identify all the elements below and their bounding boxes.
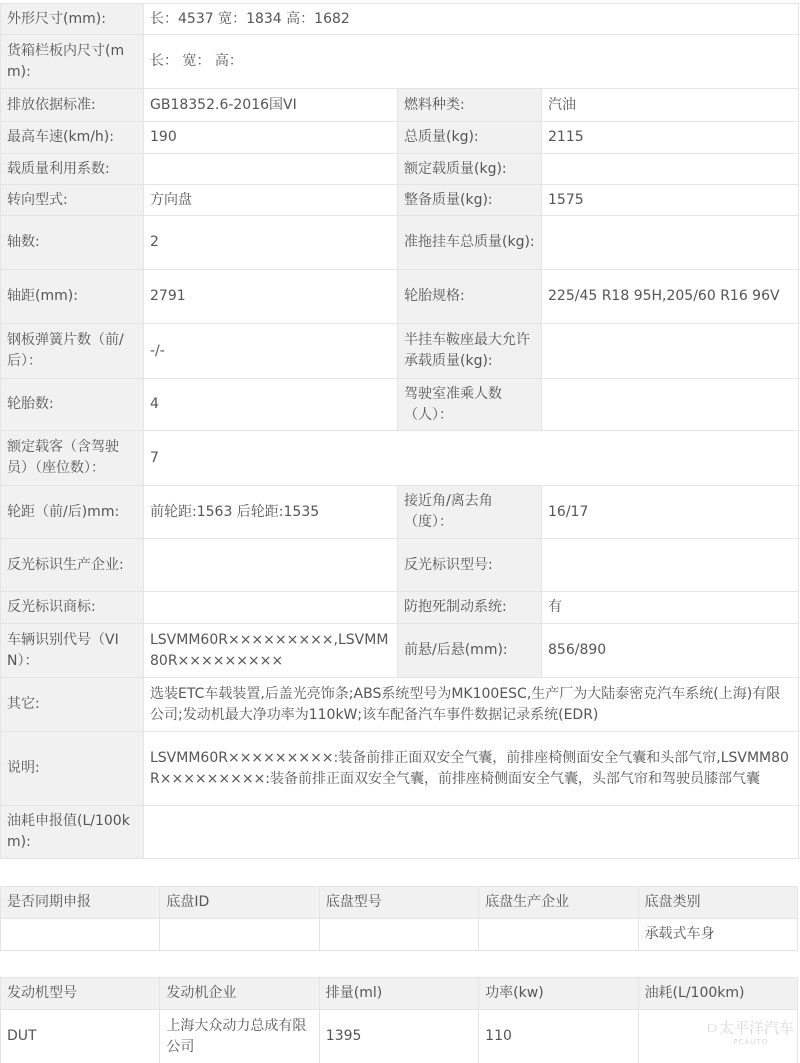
spec-label: 整备质量(kg): (398, 185, 542, 216)
engine-header-row: 发动机型号 发动机企业 排量(ml) 功率(kw) 油耗(L/100km) (1, 978, 798, 1010)
spec-value: 7 (144, 431, 799, 486)
table-row: DUT 上海大众动力总成有限公司 1395 110 (1, 1010, 798, 1063)
pcauto-logo-icon: ⫐ (708, 1021, 717, 1035)
spec-row: 载质量利用系数:额定载质量(kg): (1, 154, 799, 185)
engine-model-value: DUT (1, 1010, 160, 1063)
spec-value: 1575 (542, 185, 799, 216)
spec-label: 准拖挂车总质量(kg): (398, 216, 542, 270)
spec-row: 轮距（前/后)mm:前轮距:1563 后轮距:1535接近角/离去角（度）：16… (1, 486, 799, 539)
spec-label: 轴距(mm): (1, 270, 144, 324)
engine-displacement-value: 1395 (319, 1010, 478, 1063)
spec-row: 转向型式:方向盘整备质量(kg):1575 (1, 185, 799, 216)
spec-value (542, 216, 799, 270)
spec-label: 最高车速(km/h): (1, 122, 144, 154)
engine-power-value: 110 (479, 1010, 638, 1063)
spec-label: 半挂车鞍座最大允许承载质量(kg): (398, 324, 542, 379)
spec-row: 油耗申报值(L/100km): (1, 806, 799, 859)
spec-value (144, 592, 398, 624)
vehicle-spec-table: 外形尺寸(mm):长：4537 宽：1834 高：1682货箱栏板内尺寸(mm)… (0, 3, 799, 859)
spec-row: 其它:选装ETC车载装置,后盖光亮饰条;ABS系统型号为MK100ESC,生产厂… (1, 678, 799, 732)
spec-value (542, 539, 799, 592)
engine-header-manufacturer: 发动机企业 (160, 978, 319, 1010)
spec-row: 额定载客（含驾驶员）（座位数）：7 (1, 431, 799, 486)
table-row: 承载式车身 (1, 919, 798, 951)
spec-value: -/- (144, 324, 398, 379)
spec-value: LSVMM60R×××××××××,LSVMM80R××××××××× (144, 624, 398, 678)
spec-value: 汽油 (542, 89, 799, 122)
chassis-header-model: 底盘型号 (319, 887, 478, 919)
spec-label: 货箱栏板内尺寸(mm): (1, 35, 144, 89)
spec-value: 选装ETC车载装置,后盖光亮饰条;ABS系统型号为MK100ESC,生产厂为大陆… (144, 678, 799, 732)
spec-label: 燃料种类: (398, 89, 542, 122)
spec-label: 轮胎数: (1, 379, 144, 431)
spec-label: 总质量(kg): (398, 122, 542, 154)
chassis-header-sync-declare: 是否同期申报 (1, 887, 160, 919)
spec-value: 2791 (144, 270, 398, 324)
spec-row: 货箱栏板内尺寸(mm):长： 宽： 高： (1, 35, 799, 89)
spec-value (542, 154, 799, 185)
spec-value (144, 154, 398, 185)
chassis-id-value (160, 919, 319, 951)
spec-label: 额定载质量(kg): (398, 154, 542, 185)
spec-value: 856/890 (542, 624, 799, 678)
spec-label: 轴数: (1, 216, 144, 270)
spec-label: 其它: (1, 678, 144, 732)
spec-value: 有 (542, 592, 799, 624)
engine-header-fuel-consumption: 油耗(L/100km) (638, 978, 797, 1010)
spec-value: 前轮距:1563 后轮距:1535 (144, 486, 398, 539)
chassis-category-value: 承载式车身 (638, 919, 797, 951)
watermark-subtext: PCAUTO (708, 1035, 794, 1049)
spec-value: 2115 (542, 122, 799, 154)
spec-value: GB18352.6-2016国VI (144, 89, 398, 122)
spec-label: 前悬/后悬(mm): (398, 624, 542, 678)
spec-value (144, 806, 799, 859)
engine-table: 发动机型号 发动机企业 排量(ml) 功率(kw) 油耗(L/100km) DU… (0, 977, 798, 1063)
chassis-table: 是否同期申报 底盘ID 底盘型号 底盘生产企业 底盘类别 承载式车身 (0, 886, 798, 951)
spec-value (144, 539, 398, 592)
spec-value: 225/45 R18 95H,205/60 R16 96V (542, 270, 799, 324)
spec-value: 2 (144, 216, 398, 270)
spec-value: LSVMM60R×××××××××:装备前排正面双安全气囊，前排座椅侧面安全气囊… (144, 732, 799, 806)
spec-label: 车辆识别代号（VIN）： (1, 624, 144, 678)
spec-row: 轴数:2准拖挂车总质量(kg): (1, 216, 799, 270)
spec-label: 钢板弹簧片数（前/后）： (1, 324, 144, 379)
spec-value: 长：4537 宽：1834 高：1682 (144, 4, 799, 35)
spec-row: 说明:LSVMM60R×××××××××:装备前排正面双安全气囊，前排座椅侧面安… (1, 732, 799, 806)
spec-value: 长： 宽： 高： (144, 35, 799, 89)
spec-row: 轴距(mm):2791轮胎规格:225/45 R18 95H,205/60 R1… (1, 270, 799, 324)
engine-manufacturer-value: 上海大众动力总成有限公司 (160, 1010, 319, 1063)
spec-value: 190 (144, 122, 398, 154)
chassis-header-row: 是否同期申报 底盘ID 底盘型号 底盘生产企业 底盘类别 (1, 887, 798, 919)
spec-row: 外形尺寸(mm):长：4537 宽：1834 高：1682 (1, 4, 799, 35)
spec-label: 说明: (1, 732, 144, 806)
spec-row: 反光标识生产企业:反光标识型号: (1, 539, 799, 592)
spec-row: 反光标识商标:防抱死制动系统:有 (1, 592, 799, 624)
chassis-manufacturer-value (479, 919, 638, 951)
spec-label: 载质量利用系数: (1, 154, 144, 185)
spec-label: 反光标识商标: (1, 592, 144, 624)
spec-label: 反光标识生产企业: (1, 539, 144, 592)
spec-label: 防抱死制动系统: (398, 592, 542, 624)
spec-row: 钢板弹簧片数（前/后）：-/-半挂车鞍座最大允许承载质量(kg): (1, 324, 799, 379)
engine-header-power: 功率(kw) (479, 978, 638, 1010)
chassis-header-manufacturer: 底盘生产企业 (479, 887, 638, 919)
spec-label: 外形尺寸(mm): (1, 4, 144, 35)
spec-value: 16/17 (542, 486, 799, 539)
pcauto-watermark: ⫐太平洋汽车 PCAUTO (708, 1021, 794, 1049)
spec-row: 车辆识别代号（VIN）：LSVMM60R×××××××××,LSVMM80R××… (1, 624, 799, 678)
engine-header-model: 发动机型号 (1, 978, 160, 1010)
spec-row: 排放依据标准:GB18352.6-2016国VI燃料种类:汽油 (1, 89, 799, 122)
spec-row: 轮胎数:4驾驶室准乘人数（人）： (1, 379, 799, 431)
chassis-sync-declare-value (1, 919, 160, 951)
spec-row: 最高车速(km/h):190总质量(kg):2115 (1, 122, 799, 154)
chassis-header-category: 底盘类别 (638, 887, 797, 919)
spec-label: 接近角/离去角（度）： (398, 486, 542, 539)
chassis-header-id: 底盘ID (160, 887, 319, 919)
spec-label: 轮胎规格: (398, 270, 542, 324)
chassis-model-value (319, 919, 478, 951)
spec-label: 转向型式: (1, 185, 144, 216)
spec-label: 排放依据标准: (1, 89, 144, 122)
spec-value (542, 379, 799, 431)
spec-label: 反光标识型号: (398, 539, 542, 592)
spec-value (542, 324, 799, 379)
engine-header-displacement: 排量(ml) (319, 978, 478, 1010)
spec-value: 4 (144, 379, 398, 431)
spec-label: 额定载客（含驾驶员）（座位数）： (1, 431, 144, 486)
spec-label: 油耗申报值(L/100km): (1, 806, 144, 859)
spec-value: 方向盘 (144, 185, 398, 216)
spec-label: 轮距（前/后)mm: (1, 486, 144, 539)
spec-label: 驾驶室准乘人数（人）： (398, 379, 542, 431)
